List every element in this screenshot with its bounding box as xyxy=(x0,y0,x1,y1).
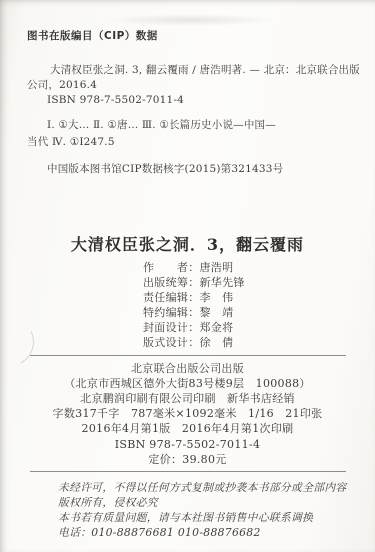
isbn-line: ISBN 978-7-5502-7011-4 xyxy=(0,438,375,451)
credit-contributing-editor-value: 黎 靖 xyxy=(200,306,234,319)
credit-author-label: 作 者： xyxy=(143,259,200,275)
book-title: 大清权臣张之洞．3，翻云覆雨 xyxy=(0,232,375,255)
credit-cover-design-label: 封面设计： xyxy=(143,319,200,335)
cip-entry-line1: 大清权臣张之洞. 3, 翻云覆雨 / 唐浩明著. — 北京：北京联合出版 xyxy=(50,64,360,77)
scan-smudge xyxy=(105,14,275,26)
cip-header: 图书在版编目（CIP）数据 xyxy=(27,30,158,43)
cip-isbn: ISBN 978-7-5502-7011-4 xyxy=(47,94,184,107)
divider-bottom xyxy=(30,471,346,472)
classification-line1: Ⅰ. ①大… Ⅱ. ①唐… Ⅲ. ①长篇历史小说—中国— xyxy=(47,119,276,132)
printer-distributor-line: 北京鹏润印刷有限公司印刷 新华书店经销 xyxy=(0,392,375,405)
credit-managing-editor: 责任编辑：李 伟 xyxy=(143,289,245,304)
price-line: 定价：39.80元 xyxy=(0,453,375,466)
publisher-address-line: （北京市西城区德外大街83号楼9层 100088） xyxy=(0,377,375,390)
cip-record-number: 中国版本图书馆CIP数据核字(2015)第321433号 xyxy=(47,163,283,176)
credit-managing-editor-value: 李 伟 xyxy=(200,291,234,304)
edition-line: 2016年4月第1版 2016年4月第1次印刷 xyxy=(0,422,375,435)
credit-layout-design-label: 版式设计： xyxy=(143,334,200,350)
phone-line: 电话：010-88876681 010-88876682 xyxy=(58,526,261,539)
credit-managing-editor-label: 责任编辑： xyxy=(143,289,200,305)
credit-layout-design-value: 徐 倩 xyxy=(200,336,234,349)
credit-publishing-coordinator-value: 新华先锋 xyxy=(200,276,245,289)
credit-publishing-coordinator: 出版统筹：新华先锋 xyxy=(143,274,245,289)
cip-entry-line2: 公司，2016.4 xyxy=(27,79,97,92)
credit-publishing-coordinator-label: 出版统筹： xyxy=(143,274,200,290)
quality-notice-line: 本书若有质量问题，请与本社图书销售中心联系调换 xyxy=(58,511,313,524)
classification-line2: 当代 Ⅳ. ①I247.5 xyxy=(27,136,115,149)
credit-author: 作 者：唐浩明 xyxy=(143,259,245,274)
credit-author-value: 唐浩明 xyxy=(200,261,234,274)
credit-contributing-editor: 特约编辑：黎 靖 xyxy=(143,304,245,319)
credit-cover-design-value: 郑金将 xyxy=(200,321,234,334)
copyright-page: 图书在版编目（CIP）数据 大清权臣张之洞. 3, 翻云覆雨 / 唐浩明著. —… xyxy=(0,0,375,552)
format-line: 字数317千字 787毫米×1092毫米 1/16 21印张 xyxy=(0,407,375,420)
divider-top xyxy=(30,355,346,356)
credit-cover-design: 封面设计：郑金将 xyxy=(143,319,245,334)
publisher-line: 北京联合出版公司出版 xyxy=(0,362,375,375)
credits-block: 作 者：唐浩明 出版统筹：新华先锋 责任编辑：李 伟 特约编辑：黎 靖 封面设计… xyxy=(143,259,245,349)
copyright-notice-line1: 未经许可，不得以任何方式复制或抄袭本书部分或全部内容 xyxy=(58,481,347,494)
credit-contributing-editor-label: 特约编辑： xyxy=(143,304,200,320)
copyright-notice-line2: 版权所有，侵权必究 xyxy=(58,496,158,509)
credit-layout-design: 版式设计：徐 倩 xyxy=(143,334,245,349)
